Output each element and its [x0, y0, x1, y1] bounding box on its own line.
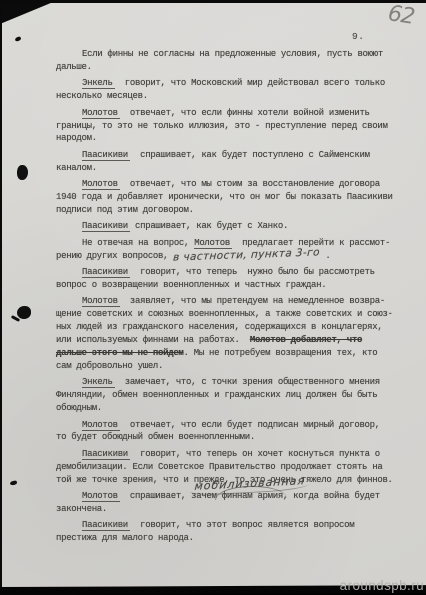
- paragraph: Энкель замечает, что, с точки зрения общ…: [56, 376, 410, 415]
- ink-blot: [10, 480, 18, 485]
- scan-corner-shadow: [0, 0, 58, 24]
- speaker-name: Паасикиви: [82, 520, 130, 531]
- typed-text: Не отвечая на вопрос,: [82, 238, 194, 248]
- typed-text: спрашивает, как будет с Ханко.: [130, 221, 288, 231]
- page-number: 9.: [352, 31, 364, 42]
- handwritten-insertion: в частности, пункта 3-го: [173, 247, 321, 262]
- speaker-name: Паасикиви: [82, 221, 130, 232]
- paragraph: Молотов спрашивает, зачем финнам армиямо…: [56, 490, 410, 516]
- speaker-name: Молотов: [82, 491, 120, 502]
- paragraph: Молотов заявляет, что мы претендуем на н…: [56, 295, 410, 372]
- watermark: aroundspb.ru: [340, 578, 424, 593]
- hole-punch-mark: [17, 306, 31, 319]
- ink-blot: [14, 36, 21, 42]
- paragraph: Паасикиви говорит, что этот вопрос являе…: [56, 519, 410, 545]
- paragraph: Молотов отвечает, что если будет подписа…: [56, 419, 410, 445]
- scanned-document-view: { "page": { "number_label": "9.", "corne…: [0, 0, 426, 595]
- handwritten-page-annotation: 62: [386, 1, 416, 30]
- scan-edge-top: [0, 0, 426, 3]
- speaker-name: Молотов: [82, 420, 120, 431]
- paragraph: Паасикиви спрашивает, как будет с Ханко.: [56, 220, 410, 233]
- paragraph: Молотов отвечает, что если финны хотели …: [56, 107, 410, 146]
- speaker-name: Паасикиви: [82, 150, 130, 161]
- speaker-name: Молотов: [194, 238, 232, 249]
- typed-text: Если финны не согласны на предложенные у…: [56, 49, 383, 72]
- paragraph: Молотов отвечает, что мы стоим за восста…: [56, 178, 410, 217]
- speaker-name: Паасикиви: [82, 267, 130, 278]
- paragraph: Не отвечая на вопрос, Молотов предлагает…: [56, 237, 410, 263]
- hole-punch-mark: [17, 165, 28, 180]
- paragraph: Паасикиви спрашивает, как будет поступле…: [56, 149, 410, 175]
- paragraph: Энкель говорит, что Московский мир дейст…: [56, 77, 410, 103]
- typed-text: .: [320, 251, 330, 261]
- document-page: 62 9. Если финны не согласны на предложе…: [0, 0, 426, 588]
- document-body: Если финны не согласны на предложенные у…: [56, 48, 410, 549]
- speaker-name: Молотов: [82, 296, 120, 307]
- speaker-name: Энкель: [82, 78, 115, 89]
- circled-typed-text: финнам армиямобилизованная: [222, 491, 283, 501]
- speaker-name: Паасикиви: [82, 449, 130, 460]
- paragraph: Если финны не согласны на предложенные у…: [56, 48, 410, 74]
- speaker-name: Молотов: [82, 179, 120, 190]
- scan-edge-left: [0, 0, 2, 588]
- speaker-name: Молотов: [82, 108, 120, 119]
- paragraph: Паасикиви говорит, что теперь нужно было…: [56, 266, 410, 292]
- speaker-name: Энкель: [82, 377, 115, 388]
